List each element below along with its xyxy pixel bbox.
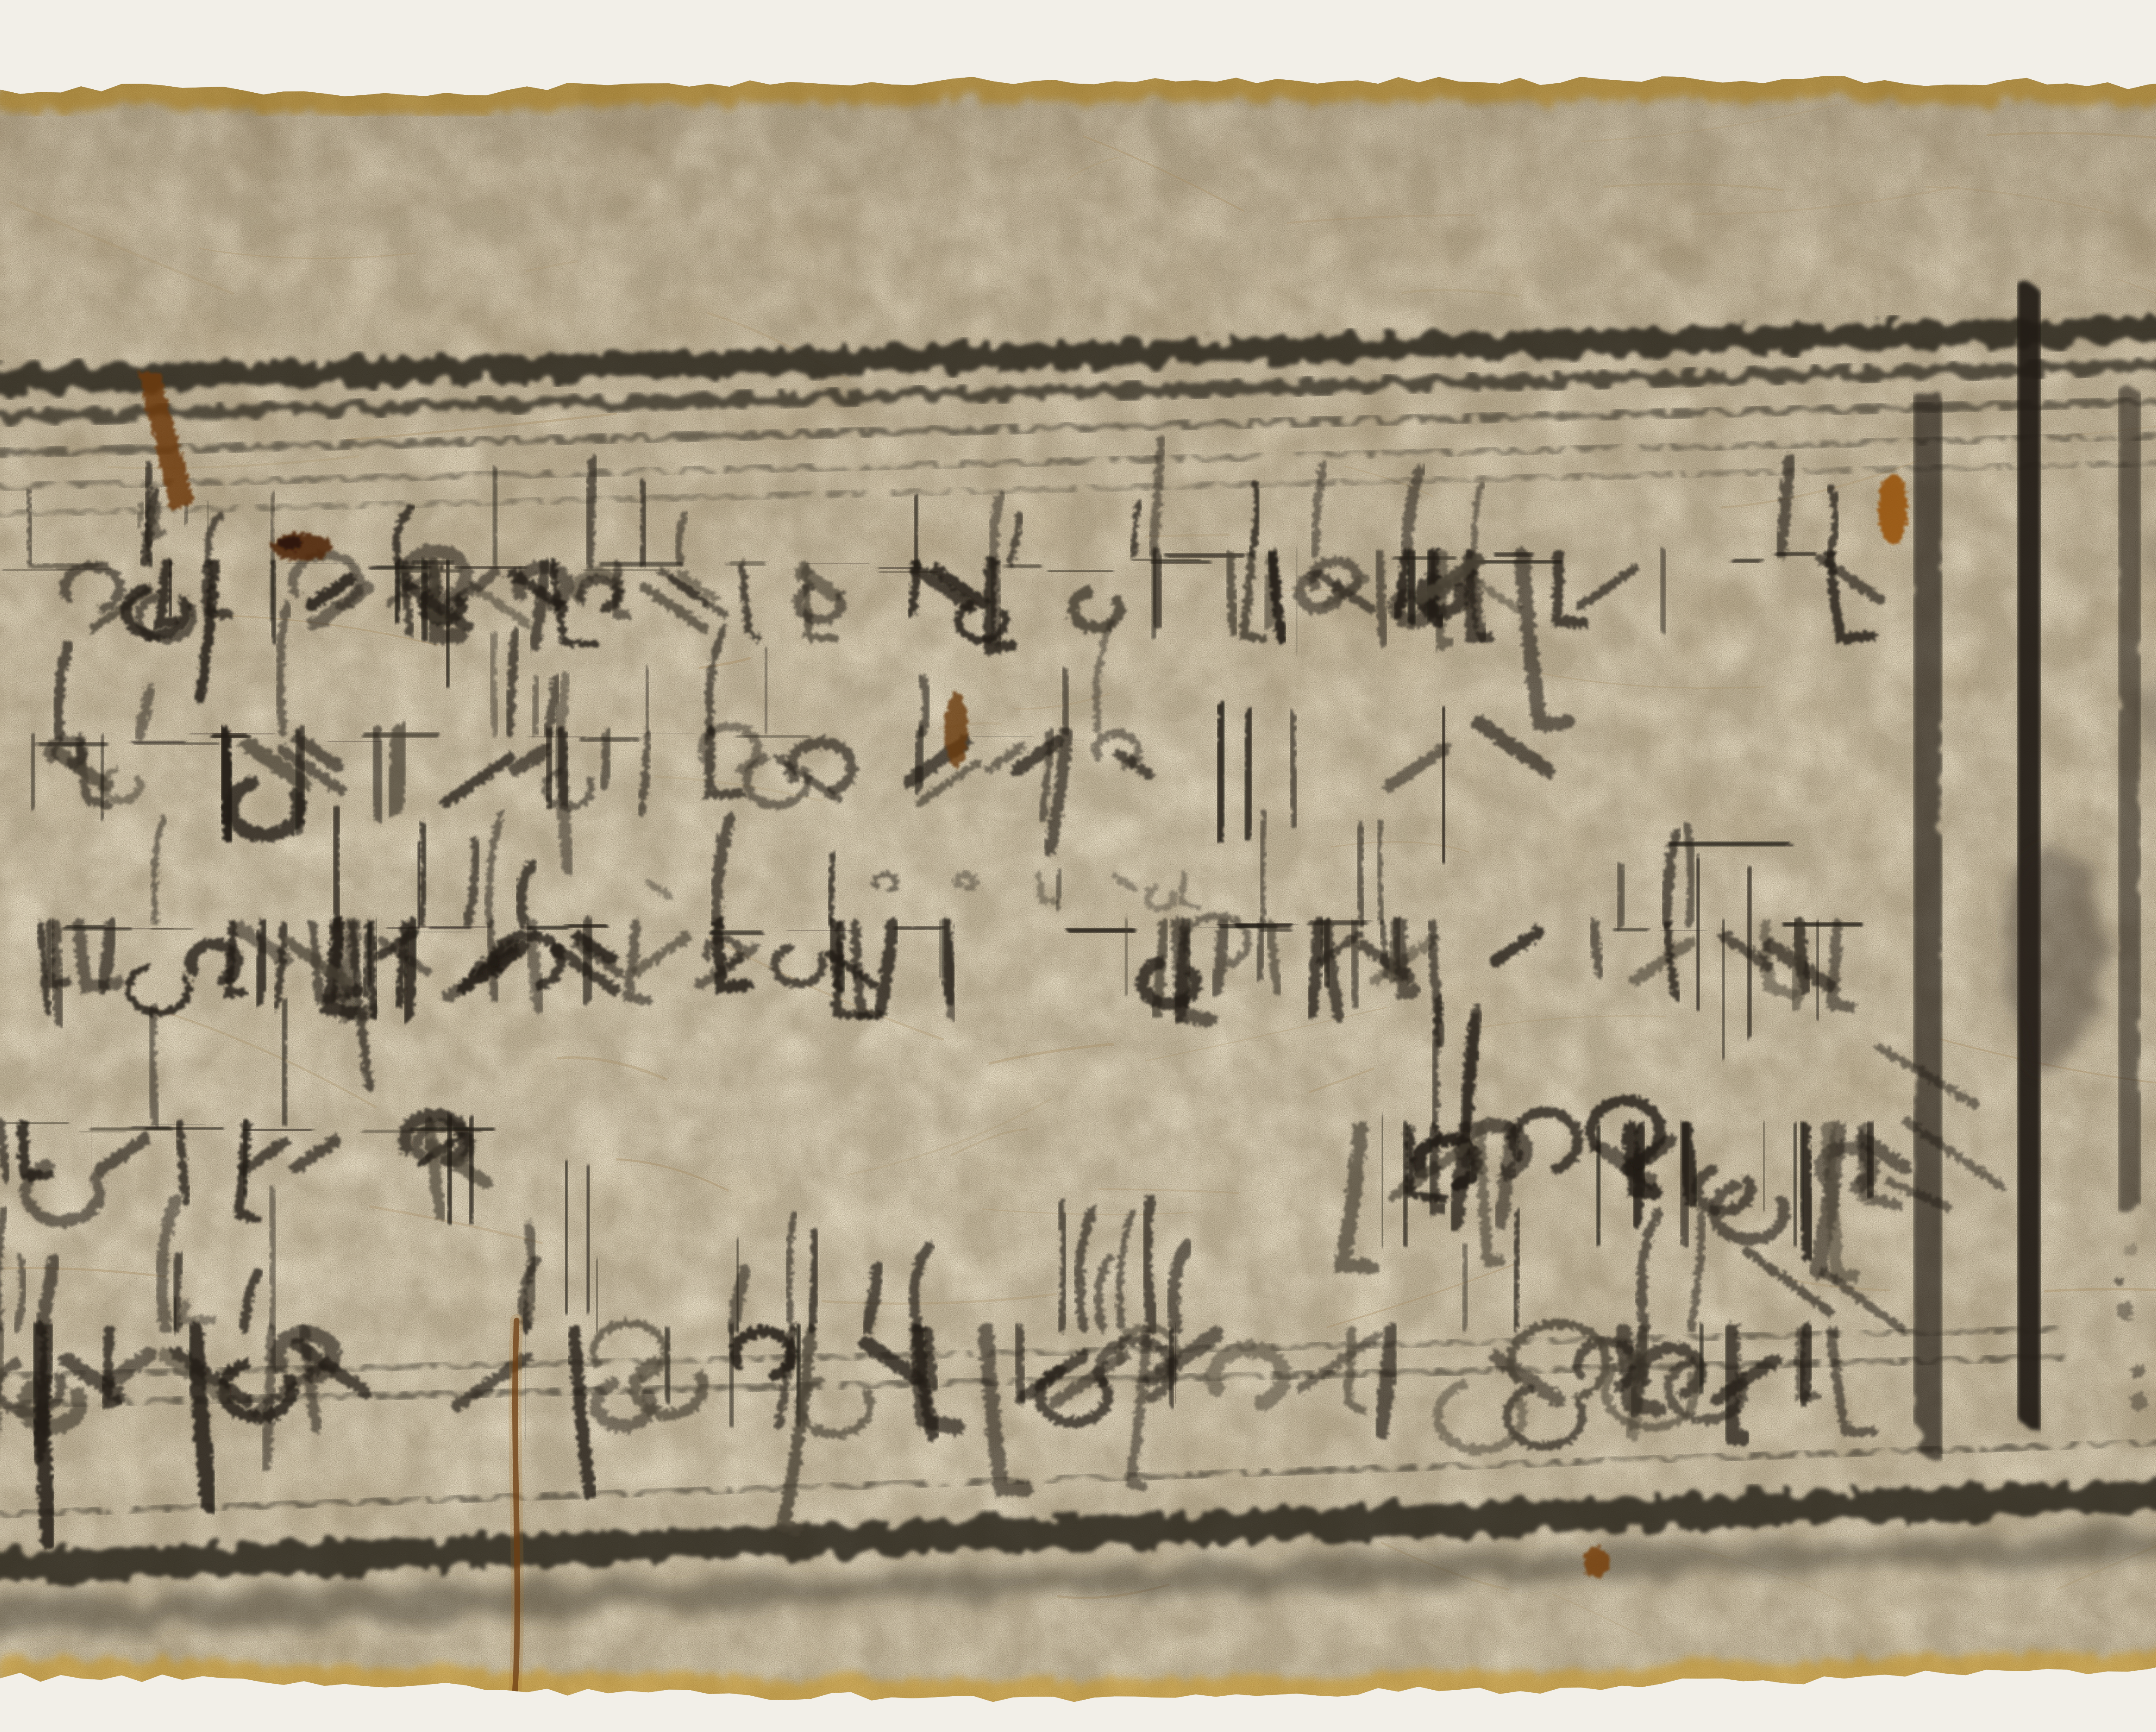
ink-ascender (915, 499, 917, 563)
ink-mark (587, 1170, 589, 1308)
ink-stroke (1794, 1129, 1796, 1241)
ink-ascender (335, 811, 338, 923)
ink-stroke (9, 569, 69, 570)
margin-bar (1919, 410, 1937, 1436)
ink-stroke (655, 932, 703, 932)
ink-stroke (404, 570, 458, 572)
ink-stroke (435, 927, 468, 929)
ink-stroke (134, 741, 182, 743)
paper-content (0, 0, 2156, 1732)
ink-mark (1404, 1126, 1407, 1242)
ink-mark (470, 1121, 473, 1221)
ink-mark (1219, 707, 1223, 837)
ink-stroke (370, 924, 375, 1014)
ink-ascender (28, 492, 31, 563)
brown-blob-stain (1583, 1547, 1609, 1578)
ink-stroke (1311, 924, 1319, 1014)
margin-bar (2122, 407, 2137, 1192)
margin-bar-dot (2125, 1245, 2137, 1257)
ink-stroke (1379, 555, 1385, 641)
ink-stroke (1443, 712, 1445, 858)
ink-stroke (169, 564, 171, 612)
ink-ascender (765, 650, 767, 732)
ink-ascender (646, 666, 648, 732)
ink-stroke (375, 733, 380, 816)
ink-mark (448, 1119, 451, 1221)
ink-stroke (84, 1131, 121, 1132)
ink-stroke (135, 1126, 166, 1128)
ink-ascender (175, 1256, 181, 1328)
ink-stroke (735, 562, 760, 565)
ink-stroke (1141, 560, 1192, 561)
ink-stroke (1221, 924, 1295, 925)
ink-ascender (418, 847, 420, 923)
ink-stroke (207, 504, 208, 532)
ink-stroke (1636, 1129, 1642, 1222)
ink-ascender (492, 638, 496, 732)
ink-stroke (1297, 555, 1297, 646)
ink-stroke (392, 733, 401, 807)
ink-ascender (1060, 1203, 1064, 1328)
ink-stroke (101, 737, 103, 817)
ink-stroke (270, 564, 273, 617)
ink-ascender (534, 680, 537, 732)
ink-stroke (1735, 559, 1758, 562)
ink-stroke (570, 925, 602, 927)
ink-stroke (977, 737, 1026, 737)
ink-stroke (155, 928, 191, 929)
ink-ascender (1463, 1246, 1467, 1328)
ink-stroke (882, 571, 936, 573)
ink-stroke (1481, 561, 1555, 562)
ink-stroke (1409, 555, 1413, 618)
ink-stroke (898, 927, 939, 929)
ink-stroke (1229, 555, 1235, 631)
ink-ascender (597, 1260, 598, 1328)
ink-ascender (811, 1235, 816, 1328)
manuscript-leaf-art (0, 0, 2156, 1732)
embedded-fiber-stain (515, 1321, 517, 1694)
ink-ascender (151, 1008, 157, 1123)
ink-ascender (1064, 673, 1067, 732)
margin-bar-dot (2116, 1302, 2133, 1320)
brown-sliver-stain (945, 692, 968, 768)
ink-stroke (1661, 555, 1664, 625)
ink-stroke (1258, 924, 1263, 975)
ink-stroke (1764, 1129, 1764, 1205)
ink-stroke (1682, 1129, 1687, 1239)
margin-bar-dot (2115, 1276, 2125, 1286)
ink-stroke (792, 930, 849, 931)
ink-stroke (248, 1130, 307, 1131)
paper-grain (0, 0, 2156, 1732)
ink-stroke (139, 504, 142, 527)
ink-stroke (917, 733, 921, 787)
ink-stroke (1017, 1330, 1022, 1396)
ink-mark (1291, 716, 1295, 824)
brown-blob-stain (278, 537, 302, 550)
margin-bar-dot (2131, 1393, 2149, 1411)
ink-stroke (1052, 571, 1109, 571)
ink-stroke (1723, 924, 1724, 1053)
ink-stroke (809, 563, 865, 564)
ink-stroke (1057, 873, 1060, 908)
ink-mark (566, 1167, 567, 1309)
ink-ascender (1359, 826, 1363, 923)
ink-stroke (54, 924, 60, 1022)
ink-stroke (730, 1330, 733, 1419)
ink-ascender (271, 1190, 274, 1328)
ink-stroke (9, 1123, 66, 1124)
ink-stroke (1125, 924, 1127, 988)
ink-stroke (32, 737, 34, 806)
ink-stroke (396, 564, 399, 619)
ink-mark (1246, 712, 1250, 837)
ink-mark (1382, 1121, 1383, 1242)
ink-stroke (150, 504, 153, 539)
ink-ascender (1619, 868, 1623, 923)
ink-ascender (641, 482, 645, 563)
ink-stroke (717, 932, 758, 934)
ink-stroke (1353, 924, 1357, 1004)
ink-ascender (1379, 822, 1382, 923)
bar-smudge-patch (2005, 837, 2102, 1070)
ink-ascender (494, 469, 496, 563)
ink-stroke (1795, 924, 1802, 1003)
ink-stroke (636, 733, 693, 733)
ink-stroke (298, 733, 303, 828)
ink-ascender (1515, 1212, 1519, 1328)
ink-stroke (244, 1124, 247, 1192)
ink-stroke (1619, 929, 1642, 931)
ink-ascender (283, 1002, 286, 1122)
ink-ascender (272, 494, 274, 563)
ink-stroke (1803, 1330, 1809, 1398)
ink-stroke (603, 733, 608, 786)
ink-ascender (589, 459, 594, 563)
margin-bar-dot (2131, 1365, 2145, 1378)
ink-ascender (830, 854, 834, 923)
brown-sliver-stain (1878, 474, 1908, 544)
ink-stroke (993, 564, 999, 641)
manuscript-photograph: Photograph of a fragment of an aged poth… (0, 0, 2156, 1732)
ink-stroke (561, 733, 566, 799)
ink-stroke (1701, 1330, 1702, 1386)
ink-stroke (944, 924, 951, 997)
